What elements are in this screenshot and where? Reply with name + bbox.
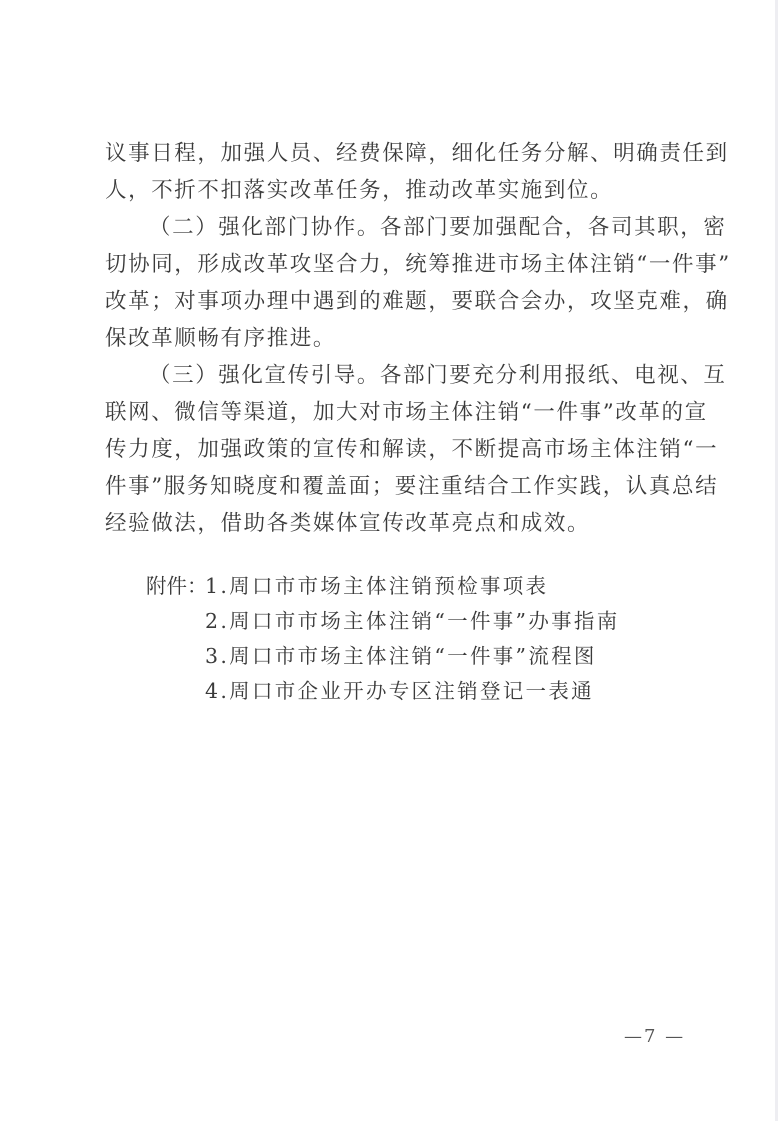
text-line: 切协同，形成改革攻坚合力，统筹推进市场主体注销“一件事” [105,246,685,283]
text-line: 改革；对事项办理中遇到的难题，要联合会办，攻坚克难，确 [105,283,685,320]
attachment-item: 3.周口市市场主体注销“一件事”流程图 [146,639,620,674]
text-line: 人，不折不扣落实改革任务，推动改革实施到位。 [105,172,685,209]
paragraph-section-2: （二）强化部门协作。各部门要加强配合，各司其职，密 切协同，形成改革攻坚合力，统… [105,209,685,357]
paragraph-continuation: 议事日程，加强人员、经费保障，细化任务分解、明确责任到 人，不折不扣落实改革任务… [105,135,685,209]
text-line: 保改革顺畅有序推进。 [105,320,685,357]
page-number: —7 — [624,1026,685,1047]
paragraph-section-3: （三）强化宣传引导。各部门要充分利用报纸、电视、互 联网、微信等渠道，加大对市场… [105,357,685,542]
attachments-list: 附件：1.周口市市场主体注销预检事项表 2.周口市市场主体注销“一件事”办事指南… [146,569,620,709]
attachment-item: 附件：1.周口市市场主体注销预检事项表 [146,569,620,604]
attachment-title: 1.周口市市场主体注销预检事项表 [205,574,548,598]
section-heading-line: （三）强化宣传引导。各部门要充分利用报纸、电视、互 [105,357,685,394]
text-line: 经验做法，借助各类媒体宣传改革亮点和成效。 [105,505,685,542]
attachment-item: 4.周口市企业开办专区注销登记一表通 [146,674,620,709]
text-line: 联网、微信等渠道，加大对市场主体注销“一件事”改革的宣 [105,394,685,431]
attachment-item: 2.周口市市场主体注销“一件事”办事指南 [146,604,620,639]
document-body: 议事日程，加强人员、经费保障，细化任务分解、明确责任到 人，不折不扣落实改革任务… [105,135,685,542]
page-edge-shadow [775,0,778,1121]
attachments-label: 附件： [146,569,205,604]
text-line: 件事”服务知晓度和覆盖面；要注重结合工作实践，认真总结 [105,468,685,505]
text-line: 传力度，加强政策的宣传和解读，不断提高市场主体注销“一 [105,431,685,468]
section-heading-line: （二）强化部门协作。各部门要加强配合，各司其职，密 [105,209,685,246]
text-line: 议事日程，加强人员、经费保障，细化任务分解、明确责任到 [105,135,685,172]
